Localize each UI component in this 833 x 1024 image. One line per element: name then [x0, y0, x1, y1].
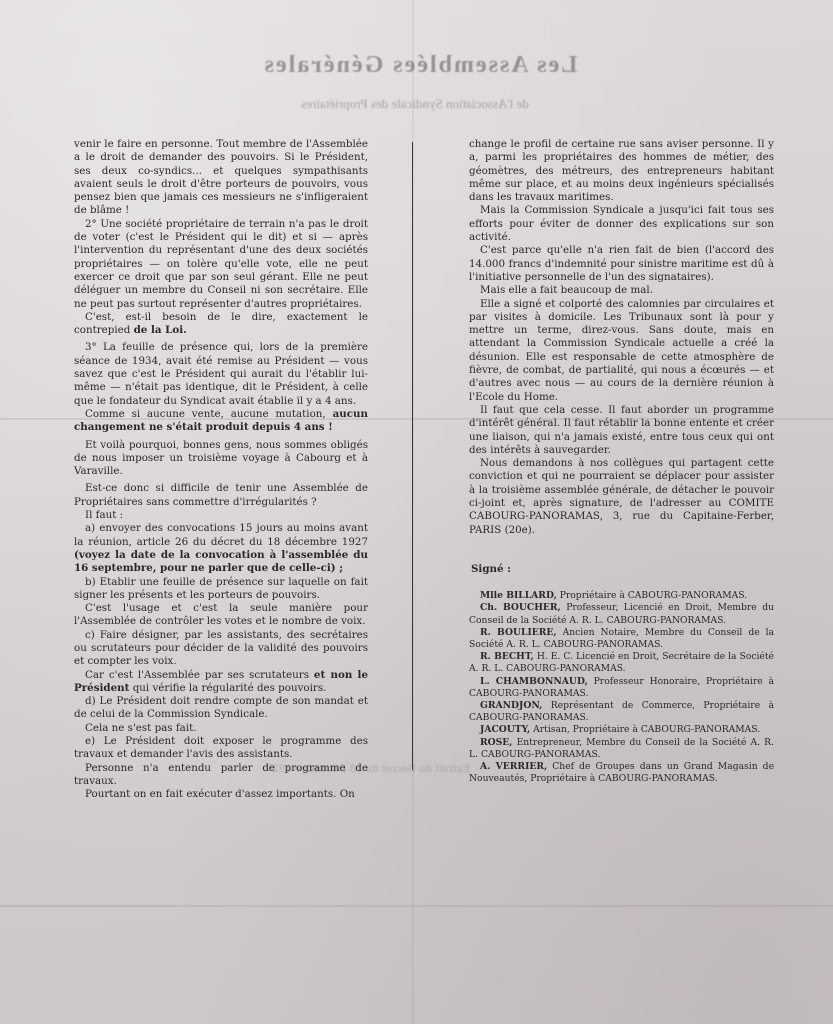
text: Car c'est l'Assemblée par ses scrutateur… [85, 669, 314, 681]
signatories-list: Mlle BILLARD, Propriétaire à CABOURG-PAN… [469, 590, 774, 785]
paragraph: Mais elle a fait beaucoup de mal. [469, 284, 774, 297]
signatory-name: R. BECHT, [480, 651, 534, 662]
text: qui vérifie la régularité des pouvoirs. [129, 682, 326, 694]
signatory-name: JACOUTY, [480, 724, 530, 735]
signatory-name: GRANDJON, [480, 700, 542, 711]
signatory-name: R. BOULIERE, [480, 627, 557, 638]
emphasis: de la Loi. [134, 324, 187, 336]
paragraph: C'est, est-il besoin de le dire, exactem… [74, 311, 368, 338]
paragraph: Il faut que cela cesse. Il faut aborder … [469, 404, 774, 457]
text: C'est, est-il besoin de le dire, exactem… [74, 311, 368, 336]
paper-fold [0, 905, 833, 907]
signatory: A. VERRIER, Chef de Groupes dans un Gran… [469, 761, 774, 785]
paragraph: Elle a signé et colporté des calomnies p… [469, 298, 774, 404]
paragraph: 2° Une société propriétaire de terrain n… [74, 218, 368, 311]
paragraph: Mais la Commission Syndicale a jusqu'ici… [469, 204, 774, 244]
emphasis: (voyez la date de la convocation à l'ass… [74, 549, 368, 574]
paragraph: Il faut : [74, 509, 368, 522]
paragraph: c) Faire désigner, par les assistants, d… [74, 629, 368, 669]
signatory-description: Propriétaire à CABOURG-PANORAMAS. [557, 590, 747, 601]
signatory-name: ROSE, [480, 737, 512, 748]
paragraph: e) Le Président doit exposer le programm… [74, 735, 368, 762]
left-column: venir le faire en personne. Tout membre … [74, 138, 368, 802]
paragraph: change le profil de certaine rue sans av… [469, 138, 774, 204]
signatory: GRANDJON, Représentant de Commerce, Prop… [469, 700, 774, 724]
signatory-name: A. VERRIER, [480, 761, 547, 772]
document-page: Les Assemblées Générales de l'Associatio… [0, 0, 833, 1024]
paragraph: b) Etablir une feuille de présence sur l… [74, 576, 368, 603]
signatory: Mlle BILLARD, Propriétaire à CABOURG-PAN… [469, 590, 774, 602]
paragraph: Pourtant on en fait exécuter d'assez imp… [74, 788, 368, 801]
signatory: R. BOULIERE, Ancien Notaire, Membre du C… [469, 627, 774, 651]
paragraph: a) envoyer des convocations 15 jours au … [74, 522, 368, 575]
paragraph: Est-ce donc si difficile de tenir une As… [74, 482, 368, 509]
signatory-name: Mlle BILLARD, [480, 590, 557, 601]
paragraph: d) Le Président doit rendre compte de so… [74, 695, 368, 722]
paragraph: C'est parce qu'elle n'a rien fait de bie… [469, 244, 774, 284]
signatory-name: Ch. BOUCHER, [480, 602, 561, 613]
signatory: R. BECHT, H. E. C. Licencié en Droit, Se… [469, 651, 774, 675]
paragraph: C'est l'usage et c'est la seule manière … [74, 602, 368, 629]
signatory-description: Artisan, Propriétaire à CABOURG-PANORAMA… [530, 724, 760, 735]
paragraph: Cela ne s'est pas fait. [74, 722, 368, 735]
signatory: L. CHAMBONNAUD, Professeur Honoraire, Pr… [469, 676, 774, 700]
paragraph: Car c'est l'Assemblée par ses scrutateur… [74, 669, 368, 696]
paragraph: Et voilà pourquoi, bonnes gens, nous som… [74, 439, 368, 479]
paragraph: Comme si aucune vente, aucune mutation, … [74, 408, 368, 435]
signatory: Ch. BOUCHER, Professeur, Licencié en Dro… [469, 602, 774, 626]
signed-label: Signé : [469, 563, 774, 576]
paragraph: venir le faire en personne. Tout membre … [74, 138, 368, 218]
paragraph: 3° La feuille de présence qui, lors de l… [74, 341, 368, 407]
paragraph: Nous demandons à nos collègues qui parta… [469, 457, 774, 537]
signatory-name: L. CHAMBONNAUD, [480, 676, 588, 687]
signatory: JACOUTY, Artisan, Propriétaire à CABOURG… [469, 724, 774, 736]
signatory-description: Entrepreneur, Membre du Conseil de la So… [469, 737, 774, 760]
signatory: ROSE, Entrepreneur, Membre du Conseil de… [469, 737, 774, 761]
text: Comme si aucune vente, aucune mutation, [85, 408, 333, 420]
column-divider [412, 142, 413, 770]
paragraph: Personne n'a entendu parler de programme… [74, 762, 368, 789]
show-through-title: Les Assemblées Générales [200, 52, 640, 79]
text: a) envoyer des convocations 15 jours au … [74, 522, 368, 547]
right-column: change le profil de certaine rue sans av… [469, 138, 774, 785]
show-through-subtitle: de l'Association Syndicale des Propriéta… [195, 96, 635, 112]
